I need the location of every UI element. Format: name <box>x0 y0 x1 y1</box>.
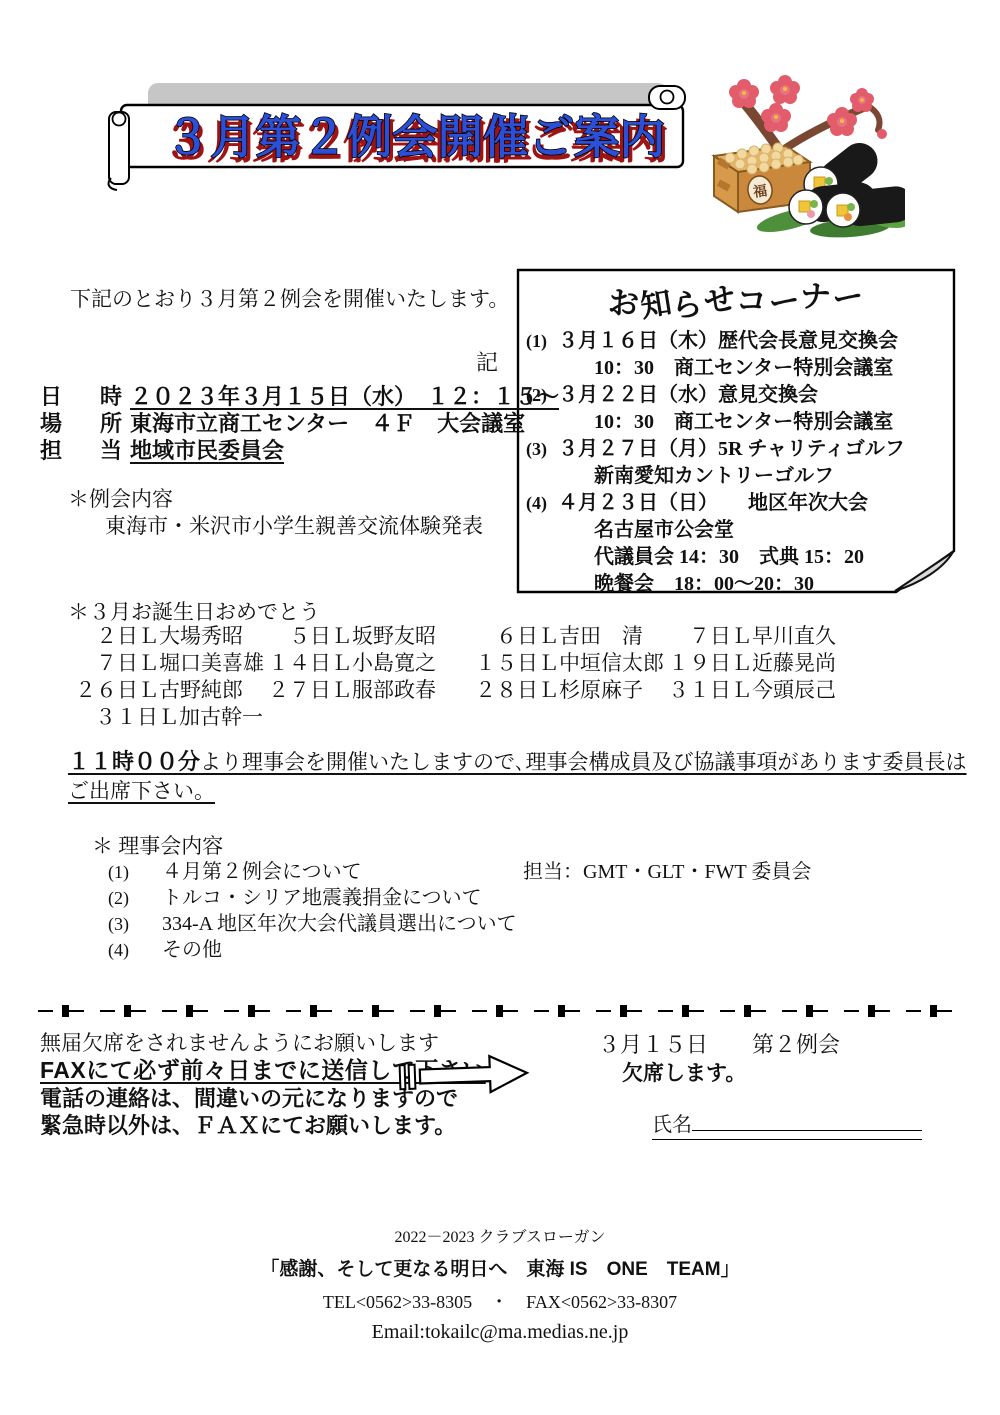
meeting-content-heading: ＊例会内容 <box>68 483 173 513</box>
birthday-day: １５日 <box>475 647 538 677</box>
birthday-day: ２日 <box>75 620 138 650</box>
birthday-entry: ２日Ｌ大場秀昭 <box>75 620 268 647</box>
notice-text: ３月２７日（月）5R チャリティゴルフ <box>558 438 905 460</box>
detail-value: ２０２３年３月１５日（水） １２：１５～ <box>130 384 559 409</box>
name-field[interactable]: 氏名 <box>652 1108 922 1140</box>
agenda-charge: 担当：GMT・GLT・FWT 委員会 <box>523 855 811 884</box>
birthday-entry: ２８日Ｌ杉原麻子 <box>475 674 668 701</box>
birthday-name: Ｌ坂野友昭 <box>331 624 436 648</box>
birthday-day: ７日 <box>75 647 138 677</box>
birthday-entry: ７日Ｌ早川直久 <box>668 620 918 647</box>
notice-text: 10：30 商工センター特別会議室 <box>594 411 893 433</box>
notice-text: 新南愛知カントリーゴルフ <box>594 465 834 487</box>
notice-line: (2)３月２２日（水）意見交換会 <box>516 378 954 407</box>
reply-absent: 欠席します。 <box>622 1057 746 1087</box>
birthday-name: Ｌ服部政春 <box>331 678 436 702</box>
birthday-name: Ｌ今頭辰己 <box>731 678 836 702</box>
notice-no: (1) <box>526 331 558 352</box>
birthday-day: ７日 <box>668 620 731 650</box>
birthday-day: ２６日 <box>75 674 138 704</box>
detail-label: 担 当 <box>40 434 126 465</box>
birthday-day: ２８日 <box>475 674 538 704</box>
birthday-day: ２７日 <box>268 674 331 704</box>
detail-value: 地域市民委員会 <box>130 438 284 463</box>
birthday-day: １９日 <box>668 647 731 677</box>
cut-line <box>38 1004 960 1018</box>
notice-line: 名古屋市公会堂 <box>516 513 1000 542</box>
birthday-entry: １４日Ｌ小島寛之 <box>268 647 475 674</box>
notice-box: お知らせコーナー (1)３月１６日（木）歴代会長意見交換会 10：30 商工セン… <box>516 268 956 594</box>
footer: 2022－2023 クラブスローガン 「感謝、そして更なる明日へ 東海 IS O… <box>0 1224 1000 1351</box>
birthday-name: Ｌ中垣信太郎 <box>538 651 664 675</box>
birthday-name: Ｌ杉原麻子 <box>538 678 643 702</box>
footer-email: Email:tokailc@ma.medias.ne.jp <box>0 1321 1000 1344</box>
agenda-text: その他 <box>162 939 222 961</box>
board-notice-line1: １１時００分より理事会を開催いたしますので､理事会構成員及び協議事項があります委… <box>68 745 967 776</box>
notice-text: ３月２２日（水）意見交換会 <box>558 384 818 406</box>
birthday-day: ３１日 <box>668 674 731 704</box>
birthday-name: Ｌ古野純郎 <box>138 678 243 702</box>
agenda-text: 334-A 地区年次大会代議員選出について <box>162 913 517 935</box>
notice-text: 代議員会 14：30 式典 15：20 <box>594 546 864 568</box>
intro-text: 下記のとおり３月第２例会を開催いたします。 <box>70 283 509 313</box>
board-notice-time: １１時００分 <box>68 749 200 774</box>
agenda-no: (1) <box>108 862 162 883</box>
notice-line: 10：30 商工センター特別会議室 <box>516 351 1000 380</box>
sushi-rolls-icon <box>789 136 905 228</box>
footer-slogan-caption: 2022－2023 クラブスローガン <box>0 1224 1000 1247</box>
birthday-day: ３１日 <box>95 701 158 731</box>
agenda-no: (4) <box>108 940 162 961</box>
scroll-banner: ３月第２例会開催ご案内 ３月第２例会開催ご案内 ３月第２例会開催ご案内 <box>105 78 705 203</box>
name-label: 氏名 <box>652 1114 692 1136</box>
right-arrow-icon <box>397 1052 530 1101</box>
name-blank-line[interactable] <box>692 1110 922 1131</box>
notice-line: 晩餐会 18：00～20：30 <box>516 567 1000 596</box>
birthday-day: ６日 <box>475 620 538 650</box>
scroll-right-curl <box>649 86 685 109</box>
birthday-name: Ｌ堀口美喜雄 <box>138 651 264 675</box>
detail-row-charge: 担 当地域市民委員会 <box>40 434 284 465</box>
notice-text: ３月１６日（木）歴代会長意見交換会 <box>558 330 898 352</box>
birthday-entry: ５日Ｌ坂野友昭 <box>268 620 475 647</box>
board-notice-line2: ご出席下さい。 <box>68 775 215 805</box>
notice-text: ４月２３日（日） 地区年次大会 <box>558 492 868 514</box>
agenda-text: ４月第２例会について <box>162 861 362 883</box>
agenda-item: (3)334-A 地区年次大会代議員選出について <box>108 907 517 936</box>
flyer-page: ３月第２例会開催ご案内 ３月第２例会開催ご案内 ３月第２例会開催ご案内 <box>0 0 1000 1415</box>
birthday-grid: ２日Ｌ大場秀昭 ５日Ｌ坂野友昭 ６日Ｌ吉田 清 ７日Ｌ早川直久 ７日Ｌ堀口美喜雄… <box>75 620 975 728</box>
birthday-entry: ２７日Ｌ服部政春 <box>268 674 475 701</box>
birthday-name: Ｌ近藤晃尚 <box>731 651 836 675</box>
notice-line: 新南愛知カントリーゴルフ <box>516 459 1000 488</box>
birthday-entry: １５日Ｌ中垣信太郎 <box>475 647 668 674</box>
fax-line4: 緊急時以外は、ＦＡＸにてお願いします。 <box>40 1109 456 1140</box>
footer-slogan: 「感謝、そして更なる明日へ 東海 IS ONE TEAM」 <box>0 1254 1000 1281</box>
notice-line: (3)３月２７日（月）5R チャリティゴルフ <box>516 432 954 461</box>
birthday-day: １４日 <box>268 647 331 677</box>
footer-tel-fax: TEL<0562>33-8305 ・ FAX<0562>33-8307 <box>0 1288 1000 1314</box>
notice-line: 代議員会 14：30 式典 15：20 <box>516 540 1000 569</box>
agenda-item: (4)その他 <box>108 933 222 962</box>
agenda-item: (2)トルコ・シリア地震義捐金について <box>108 881 482 910</box>
birthday-entry: ７日Ｌ堀口美喜雄 <box>75 647 268 674</box>
birthday-entry: ３１日Ｌ加古幹一 <box>75 701 268 728</box>
masu-fuku-label: 福 <box>751 182 768 201</box>
notice-text: 名古屋市公会堂 <box>594 519 734 541</box>
notice-no: (4) <box>526 493 558 514</box>
meeting-content-body: 東海市・米沢市小学生親善交流体験発表 <box>105 510 483 540</box>
birthday-day: ５日 <box>268 620 331 650</box>
scroll-left-roll <box>109 112 129 190</box>
birthday-name: Ｌ吉田 清 <box>538 624 643 648</box>
notice-text: 10：30 商工センター特別会議室 <box>594 357 893 379</box>
birthday-entry: ６日Ｌ吉田 清 <box>475 620 668 647</box>
banner-title: ３月第２例会開催ご案内 <box>165 111 665 163</box>
notice-line: (4)４月２３日（日） 地区年次大会 <box>516 486 954 515</box>
ki-marker: 記 <box>476 346 498 377</box>
notice-no: (3) <box>526 439 558 460</box>
agenda-text: トルコ・シリア地震義捐金について <box>162 887 482 909</box>
agenda-item: (1)４月第２例会について <box>108 855 362 884</box>
board-notice-rest: より理事会を開催いたしますので､理事会構成員及び協議事項があります委員長は <box>200 750 967 774</box>
notice-text: 晩餐会 18：00～20：30 <box>594 573 814 595</box>
birthday-name: Ｌ小島寛之 <box>331 651 436 675</box>
notice-line: 10：30 商工センター特別会議室 <box>516 405 1000 434</box>
birthday-name: Ｌ早川直久 <box>731 624 836 648</box>
reply-date: ３月１５日 第２例会 <box>598 1028 840 1059</box>
agenda-no: (2) <box>108 888 162 909</box>
birthday-name: Ｌ加古幹一 <box>158 705 263 729</box>
birthday-entry: ２６日Ｌ古野純郎 <box>75 674 268 701</box>
agenda-no: (3) <box>108 914 162 935</box>
birthday-entry: ３１日Ｌ今頭辰己 <box>668 674 918 701</box>
birthday-entry: １９日Ｌ近藤晃尚 <box>668 647 918 674</box>
setsubun-illustration: 福 <box>690 60 905 240</box>
detail-value: 東海市立商工センター ４Ｆ 大会議室 <box>130 411 525 436</box>
notice-line: (1)３月１６日（木）歴代会長意見交換会 <box>516 324 954 353</box>
birthday-name: Ｌ大場秀昭 <box>138 624 243 648</box>
